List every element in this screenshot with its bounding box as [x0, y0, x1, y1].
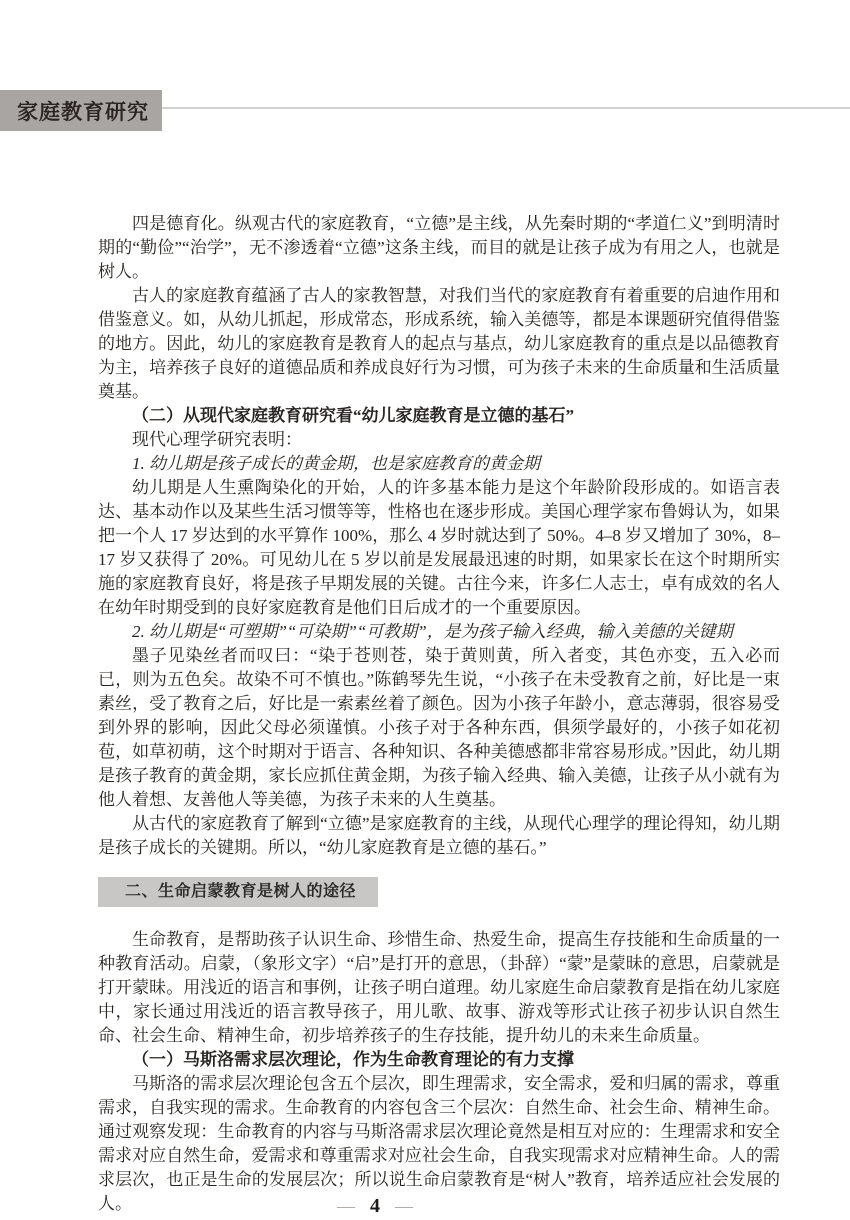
- section-heading-life-enlightenment: 二、生命启蒙教育是树人的途径: [125, 883, 356, 900]
- paragraph-maslow-theory: 马斯洛的需求层次理论包含五个层次，即生理需求，安全需求，爱和归属的需求，尊重需求…: [98, 1072, 780, 1216]
- paragraph-life-education-definition: 生命教育，是帮助孩子认识生命、珍惜生命、热爱生命，提高生存技能和生命质量的一种教…: [98, 928, 780, 1048]
- subsection-heading-maslow: （一）马斯洛需求层次理论，作为生命教育理论的有力支撑: [98, 1048, 780, 1072]
- section-heading-bar: 二、生命启蒙教育是树人的途径: [98, 877, 378, 907]
- document-page: 家庭教育研究 四是德育化。纵观古代的家庭教育，“立德”是主线，从先秦时期的“孝道…: [0, 0, 850, 1220]
- paragraph-bloom-theory: 幼儿期是人生熏陶染化的开始，人的许多基本能力是这个年龄阶段形成的。如语言表达、基…: [98, 476, 780, 620]
- page-number: 4: [370, 1194, 380, 1218]
- footer-dash-left: —: [337, 1194, 355, 1218]
- journal-title: 家庭教育研究: [17, 96, 149, 126]
- paragraph-conclusion-lide: 从古代的家庭教育了解到“立德”是家庭教育的主线，从现代心理学的理论得知，幼儿期是…: [98, 812, 780, 860]
- journal-title-badge: 家庭教育研究: [0, 90, 162, 131]
- subsection-heading-modern-research: （二）从现代家庭教育研究看“幼儿家庭教育是立德的基石”: [98, 404, 780, 428]
- numbered-point-moldable-period: 2. 幼儿期是“可塑期”“可染期”“可教期”，是为孩子输入经典，输入美德的关键期: [98, 620, 780, 644]
- paragraph-psychology-intro: 现代心理学研究表明：: [98, 428, 780, 452]
- numbered-point-golden-period: 1. 幼儿期是孩子成长的黄金期，也是家庭教育的黄金期: [98, 452, 780, 476]
- page-footer: — 4 —: [337, 1194, 413, 1218]
- footer-dash-right: —: [395, 1194, 413, 1218]
- article-body: 四是德育化。纵观古代的家庭教育，“立德”是主线，从先秦时期的“孝道仁义”到明清时…: [98, 212, 780, 1216]
- paragraph-mozi-quote: 墨子见染丝者而叹曰：“染于苍则苍，染于黄则黄，所入者变，其色亦变，五入必而已，则…: [98, 644, 780, 812]
- header-rule: [162, 107, 850, 109]
- paragraph-moral-education: 四是德育化。纵观古代的家庭教育，“立德”是主线，从先秦时期的“孝道仁义”到明清时…: [98, 212, 780, 284]
- paragraph-ancient-wisdom: 古人的家庭教育蕴涵了古人的家教智慧，对我们当代的家庭教育有着重要的启迪作用和借鉴…: [98, 284, 780, 404]
